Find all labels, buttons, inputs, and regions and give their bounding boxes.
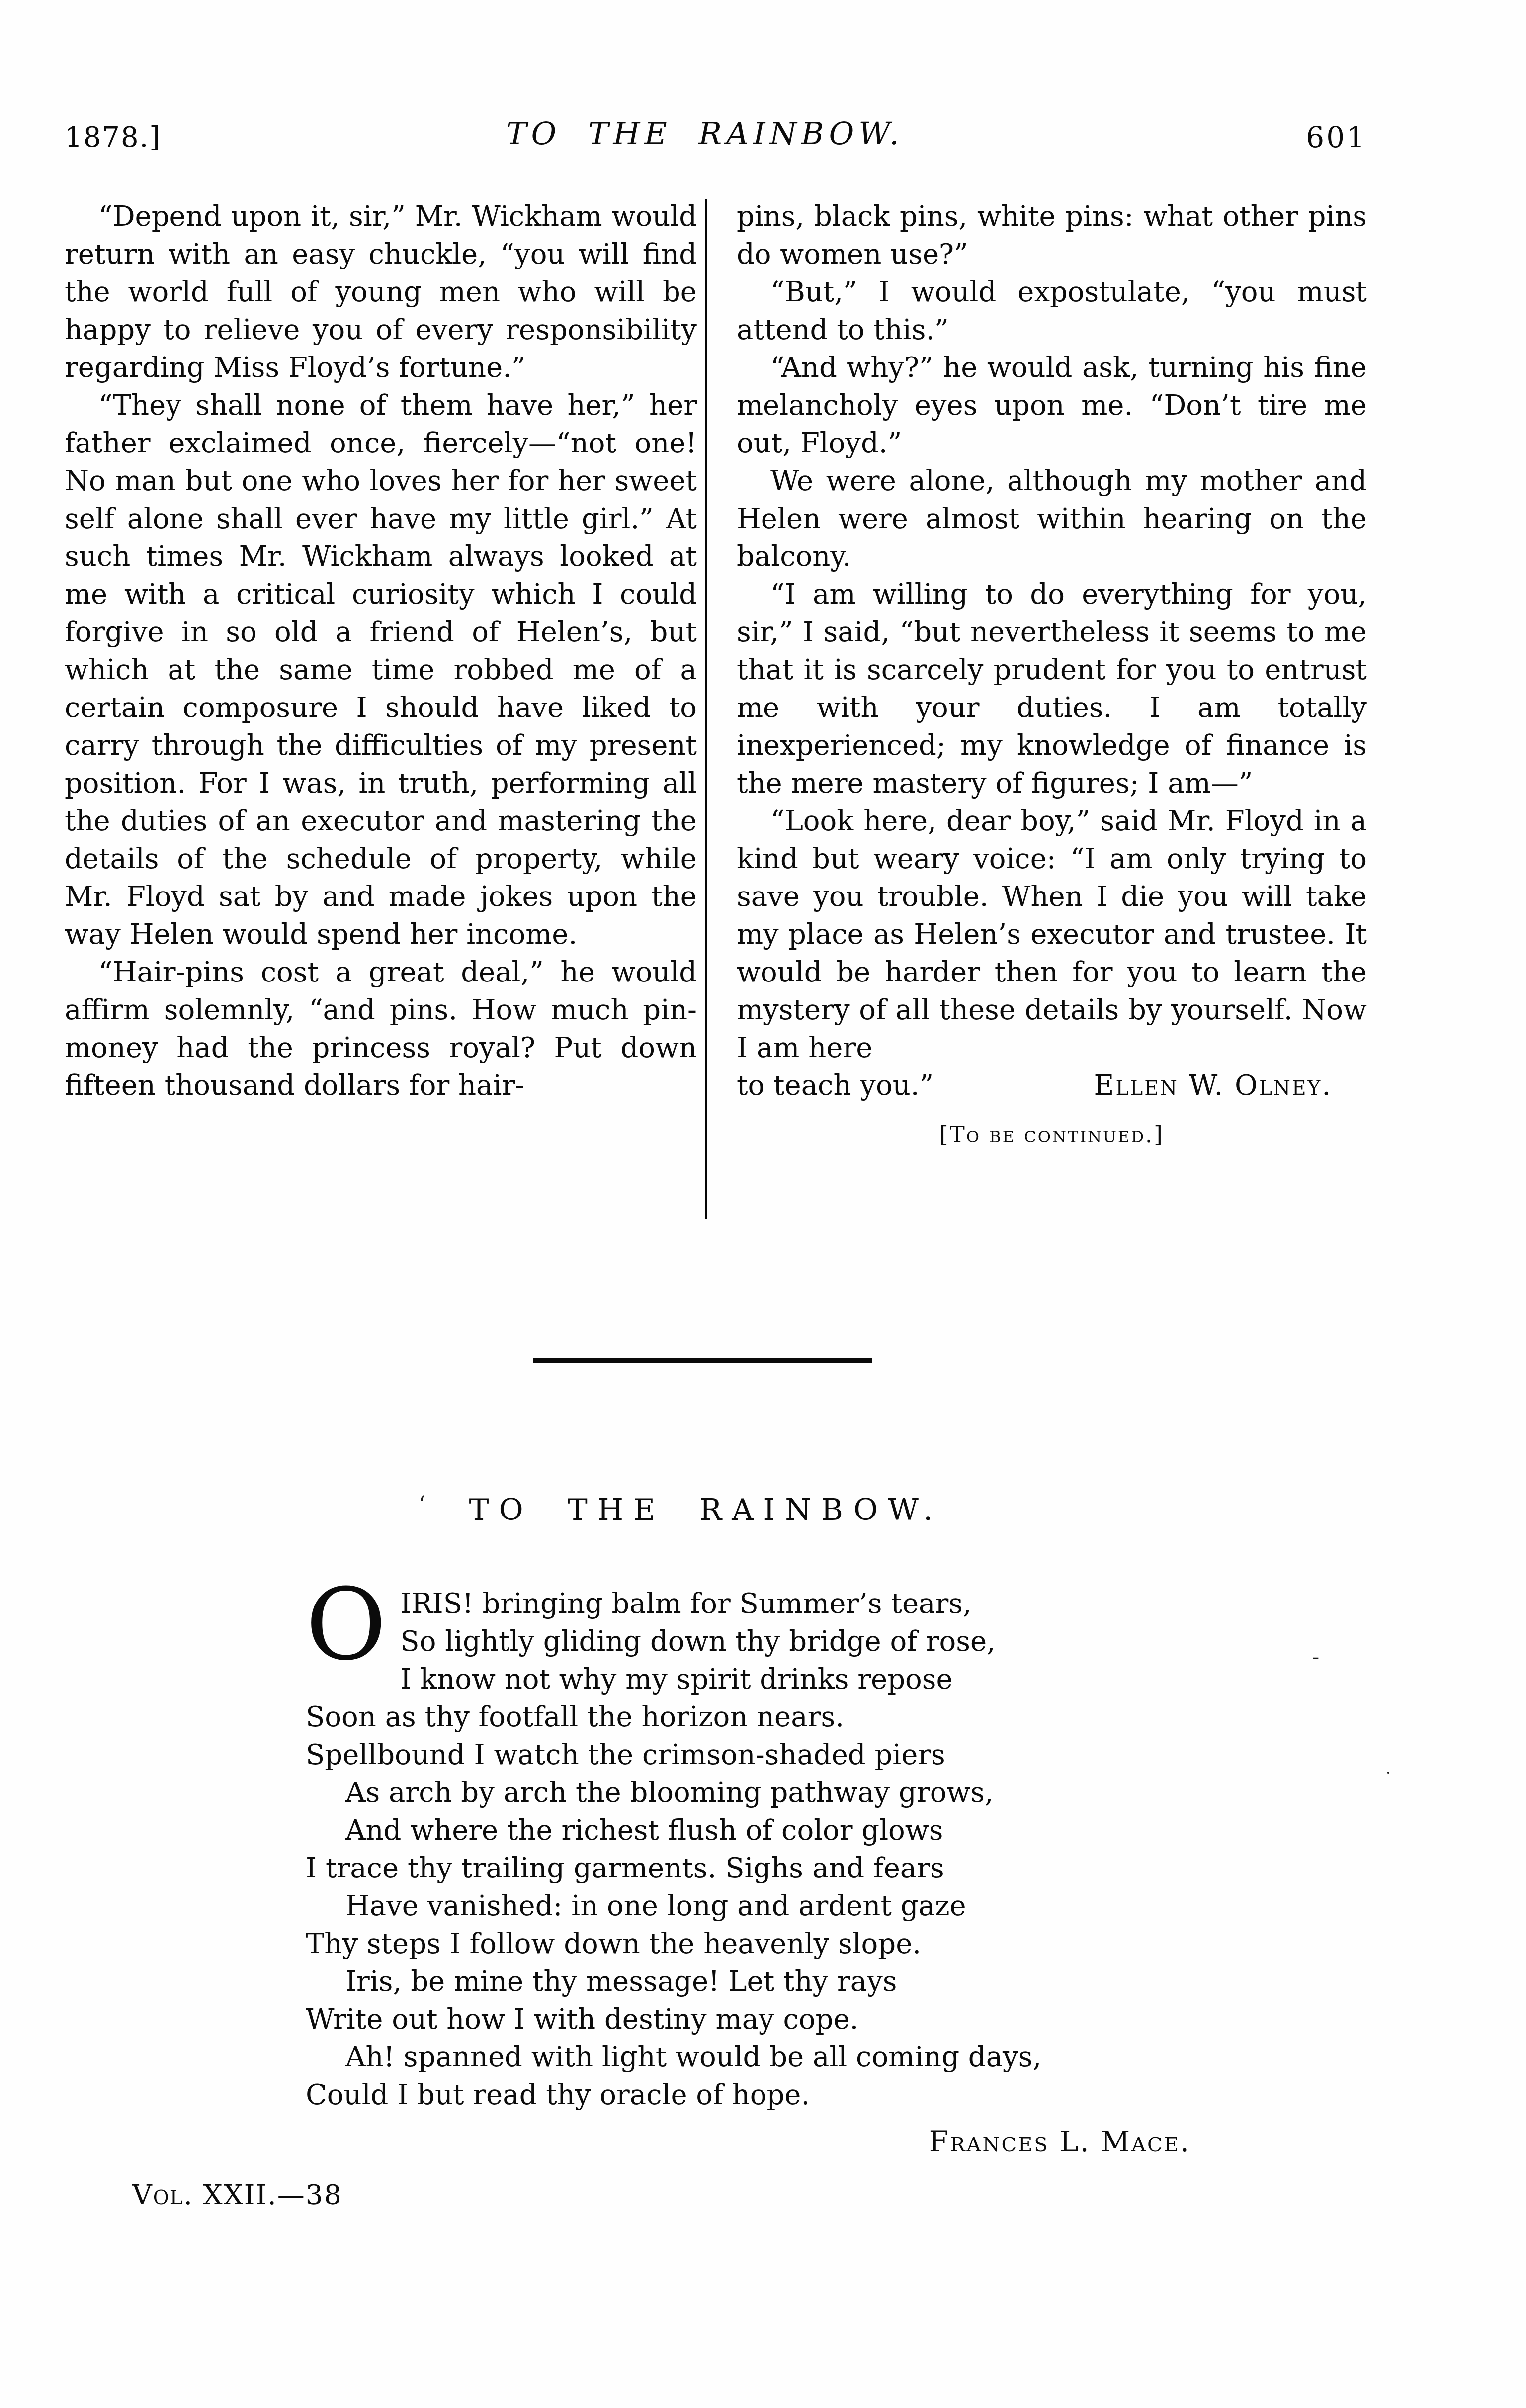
story-paragraph: We were alone, although my mother and He… [737,462,1367,576]
poem: O IRIS! bringing balm for Summer’s tears… [306,1585,1190,2161]
scan-speck: ‘ [419,1492,425,1516]
section-divider-rule [533,1358,872,1363]
volume-footer: Vol. XXII.—38 [132,2179,342,2211]
story-paragraph: “Depend upon it, sir,” Mr. Wickham would… [65,198,697,387]
poem-line: Write out how I with destiny may cope. [306,2001,1190,2039]
to-be-continued-notice: [To be continued.] [737,1116,1367,1154]
scanned-page: 1878.] TO THE RAINBOW. 601 “Depend upon … [0,0,1526,2408]
story-paragraph: “And why?” he would ask, turning his fin… [737,349,1367,462]
running-title: TO THE RAINBOW. [506,115,904,152]
poem-line: Thy steps I follow down the heavenly slo… [306,1925,1190,1963]
poem-line: Iris, be mine thy message! Let thy rays [345,1963,1190,2001]
poem-dropcap: O [306,1588,386,1664]
poem-line: And where the richest flush of color glo… [345,1812,1190,1850]
poem-line: IRIS! bringing balm for Summer’s tears, [306,1585,1190,1623]
story-paragraph: “But,” I would expostulate, “you must at… [737,273,1367,349]
poem-line: I know not why my spirit drinks repose [398,1661,1190,1698]
scan-speck: - [1312,1645,1319,1669]
page-header: 1878.] TO THE RAINBOW. 601 [65,115,1367,160]
header-date-bracket: 1878.] [65,121,161,154]
poem-line: As arch by arch the blooming pathway gro… [345,1774,1190,1812]
poem-line: I trace thy trailing garments. Sighs and… [306,1850,1190,1887]
story-paragraph: “I am willing to do everything for you, … [737,576,1367,803]
poem-line: Spellbound I watch the crimson-shaded pi… [306,1736,1190,1774]
poem-line: So lightly gliding down thy bridge of ro… [306,1623,1190,1661]
right-column: pins, black pins, white pins: what other… [737,198,1367,1154]
poem-author: Frances L. Mace. [306,2123,1190,2161]
story-paragraph: pins, black pins, white pins: what other… [737,198,1367,273]
poem-line: Have vanished: in one long and ardent ga… [345,1887,1190,1925]
page-number: 601 [1306,120,1367,154]
poem-line: Soon as thy footfall the horizon nears. [306,1698,1190,1736]
story-author: Ellen W. Olney. [1094,1067,1332,1105]
poem-line: Ah! spanned with light would be all comi… [345,2039,1190,2076]
story-closing-text: to teach you.” [737,1067,933,1105]
story-paragraph: “Look here, dear boy,” said Mr. Floyd in… [737,803,1367,1067]
poem-line: Could I but read thy oracle of hope. [306,2076,1190,2114]
story-paragraph: “Hair-pins cost a great deal,” he would … [65,954,697,1105]
column-divider-rule [705,199,707,1219]
story-paragraph: “They shall none of them have her,” her … [65,387,697,954]
story-closing-line: to teach you.” Ellen W. Olney. [737,1067,1367,1105]
left-column: “Depend upon it, sir,” Mr. Wickham would… [65,198,697,1105]
poem-title: TO THE RAINBOW. [469,1493,943,1527]
scan-speck: · [1386,1764,1391,1782]
